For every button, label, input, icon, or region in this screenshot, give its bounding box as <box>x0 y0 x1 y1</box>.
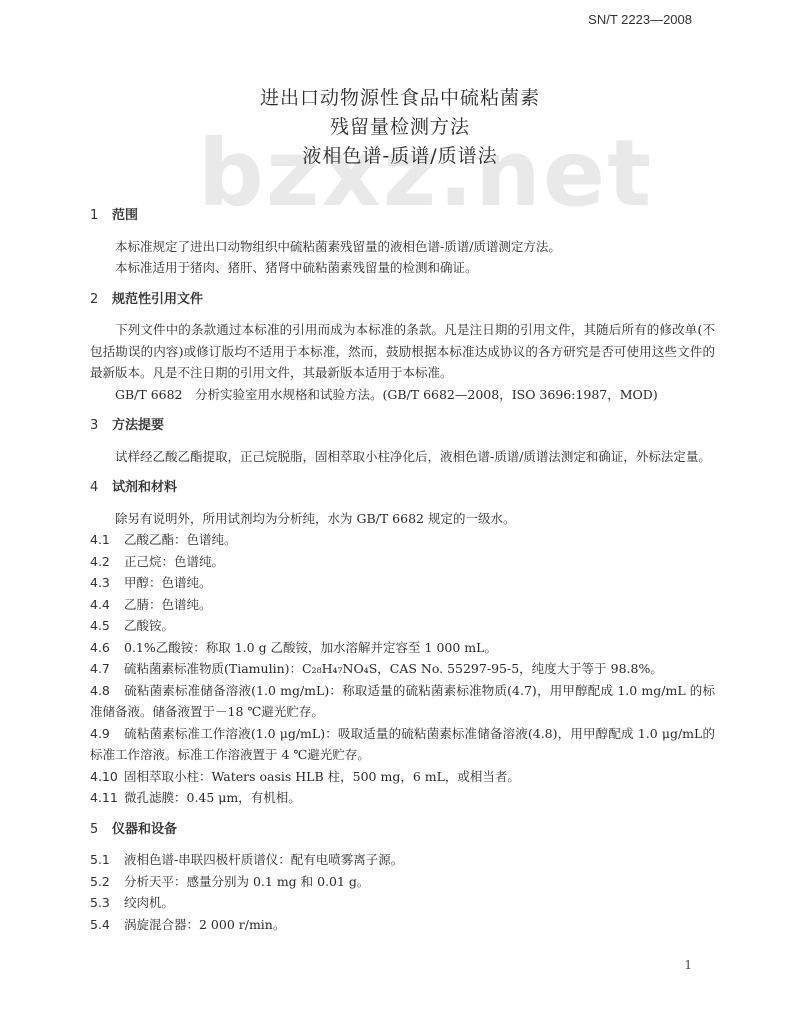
title-line-2: 残留量检测方法 <box>0 113 800 142</box>
list-item: 5.3绞肉机。 <box>90 892 715 914</box>
list-item: 5.2分析天平：感量分别为 0.1 mg 和 0.01 g。 <box>90 871 715 893</box>
item-number: 5.1 <box>90 849 124 871</box>
item-number: 4.4 <box>90 594 124 616</box>
reference-entry: GB/T 6682 分析实验室用水规格和试验方法。(GB/T 6682—2008… <box>90 384 715 406</box>
item-text: 甲醇：色谱纯。 <box>124 575 212 590</box>
paragraph: 下列文件中的条款通过本标准的引用而成为本标准的条款。凡是注日期的引用文件，其随后… <box>90 319 715 384</box>
list-item: 4.10固相萃取小柱：Waters oasis HLB 柱，500 mg，6 m… <box>90 766 715 788</box>
item-text: 分析天平：感量分别为 0.1 mg 和 0.01 g。 <box>124 874 369 889</box>
list-item: 4.4乙腈：色谱纯。 <box>90 594 715 616</box>
section-title: 范围 <box>112 208 138 223</box>
item-text: 正己烷：色谱纯。 <box>124 554 224 569</box>
item-number: 4.7 <box>90 658 124 680</box>
section-title: 仪器和设备 <box>112 822 177 837</box>
item-text: 硫粘菌素标准工作溶液(1.0 μg/mL)：吸取适量的硫粘菌素标准储备溶液(4.… <box>90 726 715 763</box>
paragraph: 试样经乙酸乙酯提取，正己烷脱脂，固相萃取小柱净化后，液相色谱-质谱/质谱法测定和… <box>90 446 715 468</box>
list-item: 4.8硫粘菌素标准储备溶液(1.0 mg/mL)：称取适量的硫粘菌素标准物质(4… <box>90 680 715 723</box>
section-number: 4 <box>90 477 112 499</box>
item-text: 硫粘菌素标准物质(Tiamulin)：C₂₈H₄₇NO₄S，CAS No. 55… <box>124 661 663 676</box>
list-item: 4.11微孔滤膜：0.45 μm，有机相。 <box>90 787 715 809</box>
paragraph: 本标准规定了进出口动物组织中硫粘菌素残留量的液相色谱-质谱/质谱测定方法。 <box>90 236 715 258</box>
item-text: 液相色谱-串联四极杆质谱仪：配有电喷雾离子源。 <box>124 852 403 867</box>
title-line-3: 液相色谱-质谱/质谱法 <box>0 142 800 171</box>
section-title: 方法提要 <box>112 418 164 433</box>
item-text: 乙腈：色谱纯。 <box>124 597 212 612</box>
item-number: 5.4 <box>90 914 124 936</box>
item-number: 4.6 <box>90 637 124 659</box>
section-number: 1 <box>90 205 112 227</box>
section-number: 5 <box>90 819 112 841</box>
section-title: 试剂和材料 <box>112 480 177 495</box>
list-item: 4.9硫粘菌素标准工作溶液(1.0 μg/mL)：吸取适量的硫粘菌素标准储备溶液… <box>90 723 715 766</box>
paragraph: 本标准适用于猪肉、猪肝、猪肾中硫粘菌素残留量的检测和确证。 <box>90 257 715 279</box>
item-text: 微孔滤膜：0.45 μm，有机相。 <box>124 790 301 805</box>
item-text: 乙酸铵。 <box>124 618 174 633</box>
item-text: 绞肉机。 <box>124 895 174 910</box>
list-item: 4.1乙酸乙酯：色谱纯。 <box>90 529 715 551</box>
list-item: 4.5乙酸铵。 <box>90 615 715 637</box>
section-heading-apparatus: 5仪器和设备 <box>90 819 715 841</box>
page-number: 1 <box>684 958 692 972</box>
item-number: 4.9 <box>90 723 124 745</box>
item-text: 0.1%乙酸铵：称取 1.0 g 乙酸铵，加水溶解并定容至 1 000 mL。 <box>124 640 497 655</box>
paragraph: 除另有说明外，所用试剂均为分析纯，水为 GB/T 6682 规定的一级水。 <box>90 508 715 530</box>
item-number: 4.1 <box>90 529 124 551</box>
item-number: 4.8 <box>90 680 124 702</box>
section-heading-reagents: 4试剂和材料 <box>90 477 715 499</box>
standard-code: SN/T 2223—2008 <box>588 12 692 27</box>
section-heading-normative-references: 2规范性引用文件 <box>90 289 715 311</box>
list-item: 5.4涡旋混合器：2 000 r/min。 <box>90 914 715 936</box>
document-body: 1范围 本标准规定了进出口动物组织中硫粘菌素残留量的液相色谱-质谱/质谱测定方法… <box>90 205 715 935</box>
item-text: 乙酸乙酯：色谱纯。 <box>124 532 237 547</box>
item-number: 4.3 <box>90 572 124 594</box>
item-number: 4.10 <box>90 766 124 788</box>
section-heading-scope: 1范围 <box>90 205 715 227</box>
list-item: 4.2正己烷：色谱纯。 <box>90 551 715 573</box>
item-number: 5.2 <box>90 871 124 893</box>
list-item: 4.7硫粘菌素标准物质(Tiamulin)：C₂₈H₄₇NO₄S，CAS No.… <box>90 658 715 680</box>
item-number: 4.2 <box>90 551 124 573</box>
section-number: 3 <box>90 415 112 437</box>
item-text: 涡旋混合器：2 000 r/min。 <box>124 917 285 932</box>
title-line-1: 进出口动物源性食品中硫粘菌素 <box>0 84 800 113</box>
section-title: 规范性引用文件 <box>112 292 203 307</box>
section-number: 2 <box>90 289 112 311</box>
item-number: 5.3 <box>90 892 124 914</box>
item-text: 硫粘菌素标准储备溶液(1.0 mg/mL)：称取适量的硫粘菌素标准物质(4.7)… <box>90 683 715 720</box>
document-title: 进出口动物源性食品中硫粘菌素 残留量检测方法 液相色谱-质谱/质谱法 <box>0 84 800 171</box>
item-text: 固相萃取小柱：Waters oasis HLB 柱，500 mg，6 mL，或相… <box>124 769 520 784</box>
item-number: 4.5 <box>90 615 124 637</box>
list-item: 5.1液相色谱-串联四极杆质谱仪：配有电喷雾离子源。 <box>90 849 715 871</box>
item-number: 4.11 <box>90 787 124 809</box>
section-heading-method-summary: 3方法提要 <box>90 415 715 437</box>
list-item: 4.60.1%乙酸铵：称取 1.0 g 乙酸铵，加水溶解并定容至 1 000 m… <box>90 637 715 659</box>
list-item: 4.3甲醇：色谱纯。 <box>90 572 715 594</box>
